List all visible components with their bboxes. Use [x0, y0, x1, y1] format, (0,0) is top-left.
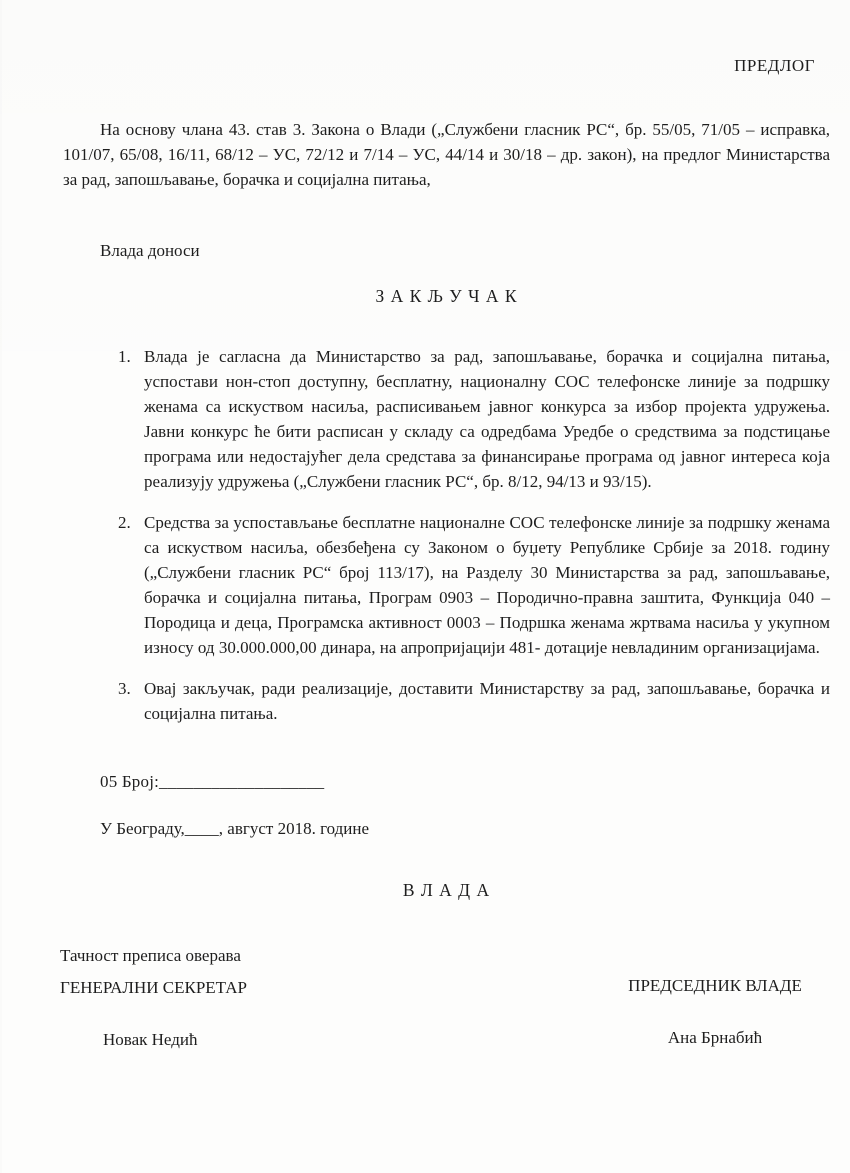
certification-statement: Тачност преписа оверава	[60, 943, 247, 968]
item-text: Средства за успостављање бесплатне нацио…	[144, 510, 830, 660]
item-text: Влада је сагласна да Министарство за рад…	[144, 344, 830, 494]
place-date-line: У Београду,____, август 2018. године	[100, 816, 830, 841]
item-text: Овај закључак, ради реализације, достави…	[144, 676, 830, 726]
secretary-general-title: ГЕНЕРАЛНИ СЕКРЕТАР	[60, 975, 247, 1000]
list-item: 1. Влада је сагласна да Министарство за …	[63, 344, 830, 494]
legal-basis-paragraph: На основу члана 43. став 3. Закона о Вла…	[63, 117, 830, 192]
prime-minister-title: ПРЕДСЕДНИК ВЛАДЕ	[600, 973, 830, 998]
prime-minister-name: Ана Брнабић	[600, 1025, 830, 1050]
president-signature-block: ПРЕДСЕДНИК ВЛАДЕ Ана Брнабић	[600, 943, 830, 1052]
item-number: 1.	[118, 344, 144, 494]
conclusion-items: 1. Влада је сагласна да Министарство за …	[63, 344, 830, 726]
list-item: 2. Средства за успостављање бесплатне на…	[63, 510, 830, 660]
signature-footer: Тачност преписа оверава ГЕНЕРАЛНИ СЕКРЕТ…	[60, 943, 830, 1052]
enacting-clause: Влада доноси	[100, 238, 830, 263]
item-number: 3.	[118, 676, 144, 726]
case-number-line: 05 Број:___________________	[100, 769, 830, 794]
secretary-general-name: Новак Недић	[103, 1027, 247, 1052]
issuer-title: В Л А Д А	[63, 878, 830, 903]
certification-block: Тачност преписа оверава ГЕНЕРАЛНИ СЕКРЕТ…	[60, 943, 247, 1052]
proposal-label: ПРЕДЛОГ	[63, 53, 830, 78]
item-number: 2.	[118, 510, 144, 660]
document-title: З А К Љ У Ч А К	[63, 284, 830, 309]
document-page: ПРЕДЛОГ На основу члана 43. став 3. Зако…	[0, 0, 850, 1173]
list-item: 3. Овај закључак, ради реализације, дост…	[63, 676, 830, 726]
